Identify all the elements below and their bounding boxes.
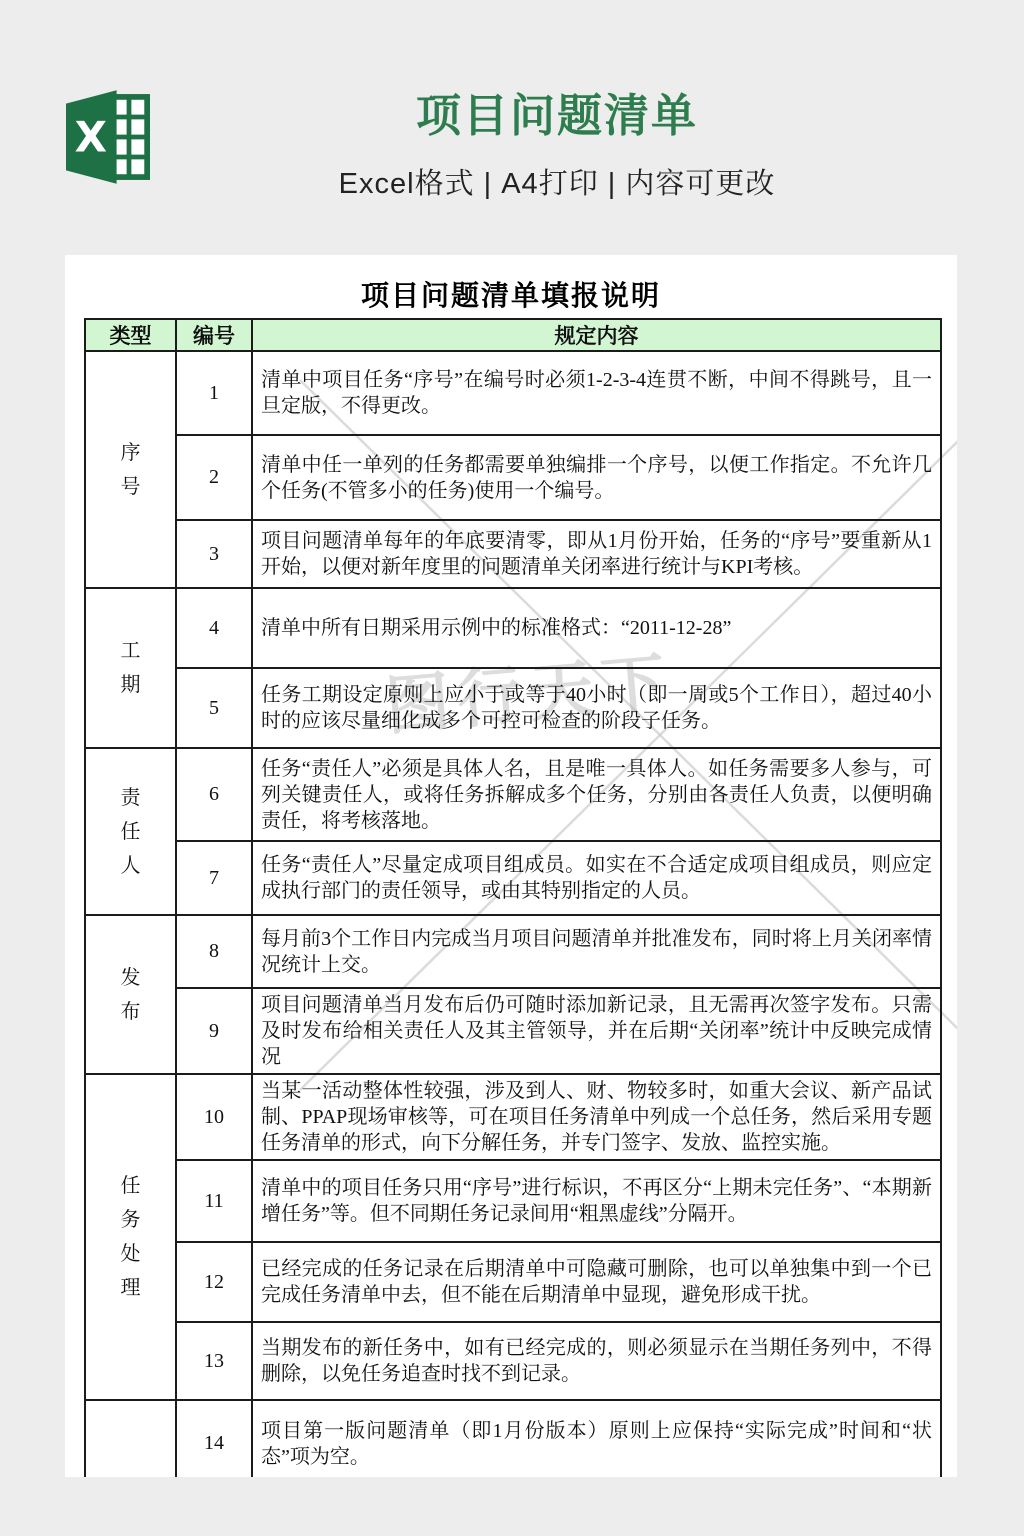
- rule-number: 12: [176, 1242, 252, 1322]
- rule-number: 3: [176, 520, 252, 588]
- table-row: 9项目问题清单当月发布后仍可随时添加新记录，且无需再次签字发布。只需及时发布给相…: [85, 988, 941, 1074]
- rule-number: 6: [176, 748, 252, 841]
- rule-text: 当某一活动整体性较强，涉及到人、财、物较多时，如重大会议、新产品试制、PPAP现…: [252, 1074, 941, 1160]
- rule-number: 13: [176, 1322, 252, 1400]
- table-row: 12已经完成的任务记录在后期清单中可隐藏可删除，也可以单独集中到一个已完成任务清…: [85, 1242, 941, 1322]
- rule-number: 4: [176, 588, 252, 668]
- category-cell: 序 号: [85, 351, 176, 588]
- svg-text:X: X: [75, 112, 107, 161]
- rule-number: 1: [176, 351, 252, 435]
- table-row: 14项目第一版问题清单（即1月份版本）原则上应保持“实际完成”时间和“状态”项为…: [85, 1400, 941, 1477]
- rule-text: 每月前3个工作日内完成当月项目问题清单并批准发布，同时将上月关闭率情况统计上交。: [252, 915, 941, 988]
- table-row: 2清单中任一单列的任务都需要单独编排一个序号，以便工作指定。不允许几个任务(不管…: [85, 435, 941, 520]
- rule-text: 当期发布的新任务中，如有已经完成的，则必须显示在当期任务列中，不得删除，以免任务…: [252, 1322, 941, 1400]
- category-cell: 任 务 处 理: [85, 1074, 176, 1400]
- hero-header: X 项目问题清单 Excel格式 | A4打印 | 内容可更改: [0, 0, 1024, 202]
- col-header-content: 规定内容: [252, 319, 941, 351]
- rule-number: 10: [176, 1074, 252, 1160]
- rule-text: 清单中任一单列的任务都需要单独编排一个序号，以便工作指定。不允许几个任务(不管多…: [252, 435, 941, 520]
- document-card: 图行天下 项目问题清单填报说明 类型 编号 规定内容 序 号1清单中项目任务“序…: [65, 255, 957, 1477]
- rule-number: 9: [176, 988, 252, 1074]
- rule-number: 7: [176, 841, 252, 915]
- rules-table-header-row: 类型 编号 规定内容: [85, 319, 941, 351]
- table-row: 11清单中的项目任务只用“序号”进行标识，不再区分“上期未完任务”、“本期新增任…: [85, 1160, 941, 1242]
- table-row: 责 任 人6任务“责任人”必须是具体人名，且是唯一具体人。如任务需要多人参与，可…: [85, 748, 941, 841]
- rule-number: 8: [176, 915, 252, 988]
- rule-number: 11: [176, 1160, 252, 1242]
- rule-text: 清单中所有日期采用示例中的标准格式：“2011-12-28”: [252, 588, 941, 668]
- table-row: 任 务 处 理10当某一活动整体性较强，涉及到人、财、物较多时，如重大会议、新产…: [85, 1074, 941, 1160]
- col-header-type: 类型: [85, 319, 176, 351]
- table-row: 13当期发布的新任务中，如有已经完成的，则必须显示在当期任务列中，不得删除，以免…: [85, 1322, 941, 1400]
- rule-text: 任务“责任人”尽量定成项目组成员。如实在不合适定成项目组成员，则应定成执行部门的…: [252, 841, 941, 915]
- table-row: 发 布8每月前3个工作日内完成当月项目问题清单并批准发布，同时将上月关闭率情况统…: [85, 915, 941, 988]
- table-row: 工 期4清单中所有日期采用示例中的标准格式：“2011-12-28”: [85, 588, 941, 668]
- table-row: 序 号1清单中项目任务“序号”在编号时必须1-2-3-4连贯不断，中间不得跳号，…: [85, 351, 941, 435]
- rule-text: 项目问题清单每年的年底要清零，即从1月份开始，任务的“序号”要重新从1开始，以便…: [252, 520, 941, 588]
- rule-number: 5: [176, 668, 252, 748]
- category-cell: 发 布: [85, 915, 176, 1074]
- category-cell: [85, 1400, 176, 1477]
- rule-number: 2: [176, 435, 252, 520]
- table-row: 5任务工期设定原则上应小于或等于40小时（即一周或5个工作日），超过40小时的应…: [85, 668, 941, 748]
- category-cell: 工 期: [85, 588, 176, 748]
- rules-table: 类型 编号 规定内容 序 号1清单中项目任务“序号”在编号时必须1-2-3-4连…: [84, 318, 942, 1477]
- rule-text: 任务工期设定原则上应小于或等于40小时（即一周或5个工作日），超过40小时的应该…: [252, 668, 941, 748]
- rule-text: 清单中的项目任务只用“序号”进行标识，不再区分“上期未完任务”、“本期新增任务”…: [252, 1160, 941, 1242]
- page: { "header": { "icon": "excel-icon", "tit…: [0, 0, 1024, 1536]
- page-subtitle: Excel格式 | A4打印 | 内容可更改: [90, 161, 1024, 202]
- col-header-number: 编号: [176, 319, 252, 351]
- rule-number: 14: [176, 1400, 252, 1477]
- table-row: 3项目问题清单每年的年底要清零，即从1月份开始，任务的“序号”要重新从1开始，以…: [85, 520, 941, 588]
- rule-text: 清单中项目任务“序号”在编号时必须1-2-3-4连贯不断，中间不得跳号，且一旦定…: [252, 351, 941, 435]
- page-title: 项目问题清单: [90, 92, 1024, 139]
- rule-text: 项目第一版问题清单（即1月份版本）原则上应保持“实际完成”时间和“状态”项为空。: [252, 1400, 941, 1477]
- excel-icon: X: [66, 88, 150, 186]
- doc-title: 项目问题清单填报说明: [65, 274, 957, 314]
- table-row: 7任务“责任人”尽量定成项目组成员。如实在不合适定成项目组成员，则应定成执行部门…: [85, 841, 941, 915]
- category-cell: 责 任 人: [85, 748, 176, 915]
- rule-text: 已经完成的任务记录在后期清单中可隐藏可删除，也可以单独集中到一个已完成任务清单中…: [252, 1242, 941, 1322]
- rule-text: 项目问题清单当月发布后仍可随时添加新记录，且无需再次签字发布。只需及时发布给相关…: [252, 988, 941, 1074]
- rule-text: 任务“责任人”必须是具体人名，且是唯一具体人。如任务需要多人参与，可列关键责任人…: [252, 748, 941, 841]
